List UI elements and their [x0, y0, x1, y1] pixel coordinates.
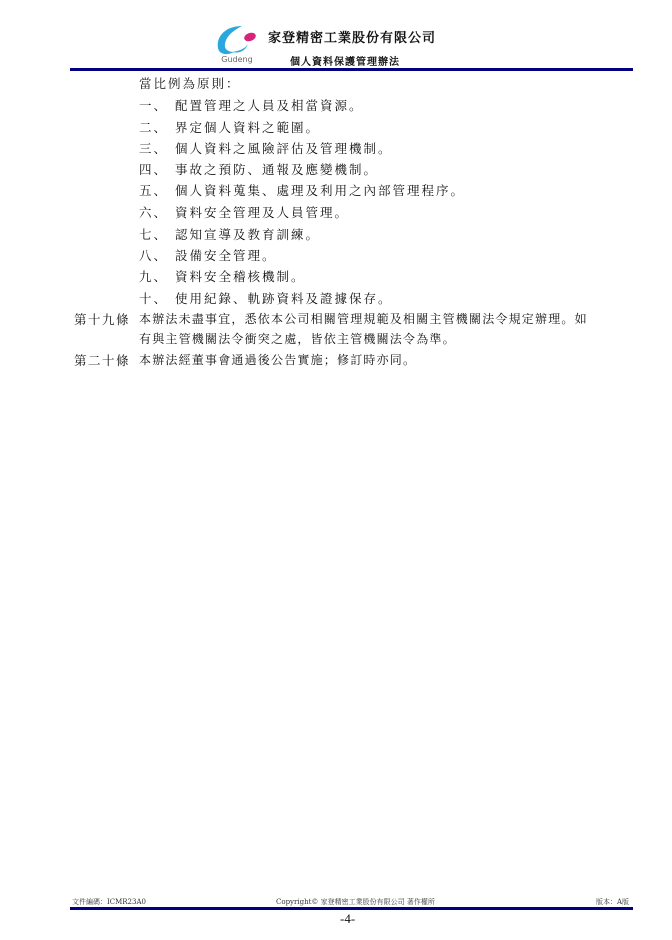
article-20-line-1: 本辦法經董事會通過後公告實施；修訂時亦同。	[139, 351, 416, 368]
logo-text: Gudeng	[212, 55, 262, 64]
page-number: -4-	[340, 911, 355, 927]
article-19-line-1: 本辦法未盡事宜，悉依本公司相關管理規範及相關主管機關法令規定辦理。如	[139, 310, 588, 327]
copyright: Copyright© 家登精密工業股份有限公司 著作權所	[276, 897, 435, 907]
list-item: 一、配置管理之人員及相當資源。	[139, 96, 364, 114]
list-item: 六、資料安全管理及人員管理。	[139, 203, 349, 221]
list-item: 二、界定個人資料之範圍。	[139, 118, 320, 136]
list-item: 十、使用紀錄、軌跡資料及證據保存。	[139, 289, 393, 307]
header-divider	[70, 68, 633, 71]
document-title: 個人資料保護管理辦法	[290, 53, 400, 68]
company-name: 家登精密工業股份有限公司	[268, 27, 436, 46]
article-19-label: 第十九條	[74, 310, 130, 328]
list-item: 八、設備安全管理。	[139, 246, 277, 264]
footer-divider	[70, 907, 633, 910]
doc-code: 文件編碼：ICMR23A0	[72, 897, 146, 907]
article-19-line-2: 有與主管機關法令衝突之處，皆依主管機關法令為準。	[139, 330, 456, 347]
list-item: 五、個人資料蒐集、處理及利用之內部管理程序。	[139, 181, 465, 199]
article-20-label: 第二十條	[74, 351, 130, 369]
list-item: 七、認知宣導及教育訓練。	[139, 225, 320, 243]
version: 版本：A版	[596, 897, 629, 907]
list-item: 三、個人資料之風險評估及管理機制。	[139, 139, 393, 157]
list-item: 九、資料安全稽核機制。	[139, 267, 306, 285]
intro-line: 當比例為原則：	[139, 74, 241, 92]
list-item: 四、事故之預防、通報及應變機制。	[139, 160, 378, 178]
